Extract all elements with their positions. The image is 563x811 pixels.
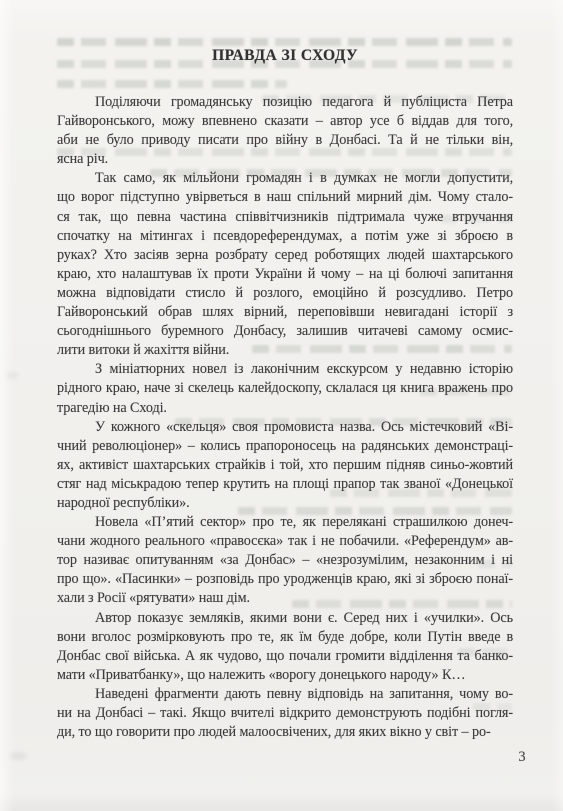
text-line: краю, хто налаштував їх проти України й … [57,265,513,284]
text-line: тор називає опитуванням «за Донбас» – «н… [57,551,513,570]
text-line: ди, то що говорити про людей малоосвічен… [57,723,513,742]
text-line: сьогоднішнього буремного Донбасу, залиши… [57,322,513,341]
page-title: ПРАВДА ЗІ СХОДУ [57,47,513,67]
text-line: хали з Росії «рятувати» наш дім. [57,589,513,608]
text-line: мати «Приватбанку», що належить «ворогу … [57,666,513,685]
text-line: ях, активіст шахтарських страйків і той,… [57,456,513,475]
text-line: Автор показує земляків, якими вони є. Се… [95,609,513,628]
text-line: народної республіки». [57,494,513,513]
text-line: Так само, як мільйони громадян і в думка… [95,169,513,188]
text-line: аби не було приводу писати про війну в Д… [57,131,513,150]
page-body: Поділяючи громадянську позицію педагога … [57,93,513,742]
text-line: З мініатюрних новел із лаконічним екскур… [95,360,513,379]
text-line: рідного краю, наче зі скелець калейдоско… [57,379,513,398]
text-line: трагедію на Сході. [57,399,513,418]
bleedthrough-line [57,38,512,46]
text-line: про що». «Пасинки» – розповідь про уродж… [57,570,513,589]
bleedthrough-line [57,80,287,88]
text-line: чани жодного реального «правосєка» так і… [57,532,513,551]
text-line: Гайворонський обрав шлях вірний, перепов… [57,303,513,322]
page-number: 3 [512,749,532,766]
text-line: Наведені фрагменти дають певну відповідь… [95,685,513,704]
text-line: лити витоки й жахіття війни. [57,341,513,360]
text-line: можна відповідати стисло й розлого, емоц… [57,284,513,303]
text-line: що ворог підступно увірветься в наш спіл… [57,188,513,207]
text-line: Гайворонського, можу впевнено сказати – … [57,112,513,131]
text-line: вони вголос розмірковують про те, як їм … [57,628,513,647]
text-line: ся так, що певна частина співвітчизників… [57,208,513,227]
text-line: У кожного «скельця» своя промовиста назв… [95,418,513,437]
text-line: руках? Хто засіяв зерна розбрату серед р… [57,246,513,265]
text-line: стяг над міськрадою тепер крутить на пло… [57,475,513,494]
scanned-book-page: ПРАВДА ЗІ СХОДУ Поділяючи громадянську п… [0,0,563,811]
text-line: ни на Донбасі – такі. Якщо вчителі відкр… [57,704,513,723]
text-line: ясна річ. [57,150,513,169]
text-line: чний революціонер» – колись прапороносец… [57,437,513,456]
text-line: Донбас свої війська. А як чудово, що поч… [57,647,513,666]
text-line: Новела «П’ятий сектор» про те, як переля… [95,513,513,532]
scan-smudge [10,752,27,760]
text-line: Поділяючи громадянську позицію педагога … [95,93,513,112]
text-line: спочатку на мітингах і псевдореферендума… [57,227,513,246]
scan-smudge [6,372,19,379]
